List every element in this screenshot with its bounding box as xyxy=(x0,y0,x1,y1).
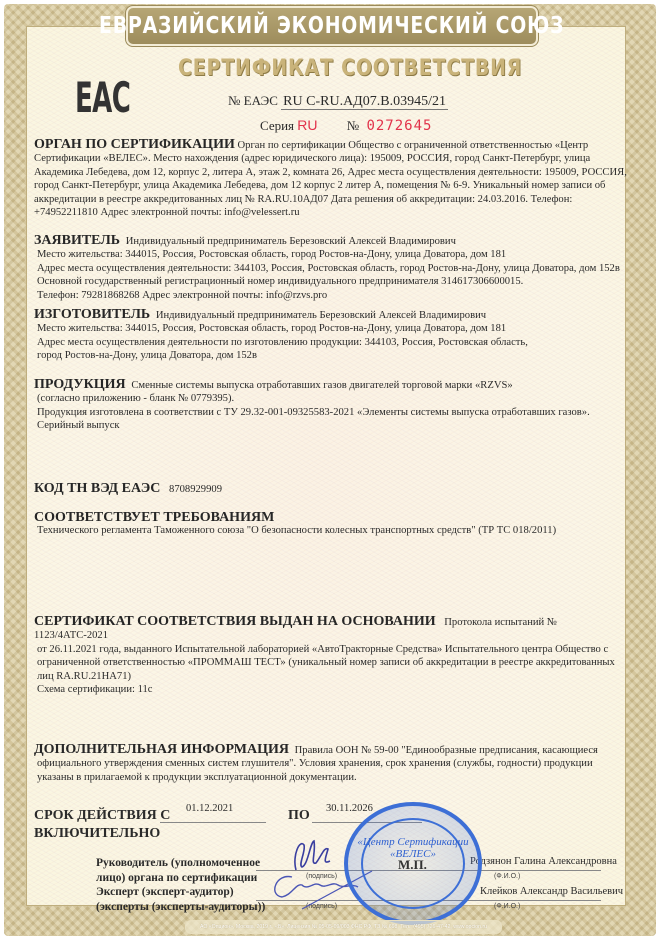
validity-from-label: СРОК ДЕЙСТВИЯ С xyxy=(34,808,170,824)
printer-footer: АО «Опцион», Москва, 2019 г., «Б», Лицен… xyxy=(185,920,502,934)
section-heading: СЕРТИФИКАТ СООТВЕТСТВИЯ ВЫДАН НА ОСНОВАН… xyxy=(34,614,436,629)
reg-number-value: RU С-RU.АД07.В.03945/21 xyxy=(281,94,448,110)
series-value: RU xyxy=(297,117,317,133)
section-certification-body: ОРГАН ПО СЕРТИФИКАЦИИ Орган по сертифика… xyxy=(34,138,630,219)
validity-to-date: 30.11.2026 xyxy=(326,803,373,814)
section-requirements: СООТВЕТСТВУЕТ ТРЕБОВАНИЯМ Технического р… xyxy=(34,511,630,538)
requirements-text: Технического регламента Таможенного союз… xyxy=(34,524,630,537)
eac-logo-icon: ЕАС xyxy=(75,75,125,120)
certificate-title: СЕРТИФИКАТ СООТВЕТСТВИЯ xyxy=(150,56,512,81)
additional-line: указаны в прилагаемой к продукции эксплу… xyxy=(34,771,630,784)
product-name: Сменные системы выпуска отработавших газ… xyxy=(131,380,512,391)
union-title: ЕВРАЗИЙСКИЙ ЭКОНОМИЧЕСКИЙ СОЮЗ xyxy=(99,13,564,39)
name-caption: (Ф.И.О.) xyxy=(494,903,520,910)
manufacturer-line: Место жительства: 344015, Россия, Ростов… xyxy=(34,322,630,335)
validity-inclusive: ВКЛЮЧИТЕЛЬНО xyxy=(34,826,160,842)
applicant-line: Телефон: 79281868268 Адрес электронной п… xyxy=(34,289,630,302)
name-caption: (Ф.И.О.) xyxy=(494,873,520,880)
section-text: Орган по сертификации Общество с огранич… xyxy=(34,140,627,218)
applicant-line: Место жительства: 344015, Россия, Ростов… xyxy=(34,248,630,261)
section-heading: ДОПОЛНИТЕЛЬНАЯ ИНФОРМАЦИЯ xyxy=(34,742,289,757)
section-heading: ЗАЯВИТЕЛЬ xyxy=(34,233,120,248)
head-label-line: лицо) органа по сертификации xyxy=(96,871,260,886)
expert-label-line: Эксперт (эксперт-аудитор) xyxy=(96,885,265,900)
head-label-line: Руководитель (уполномоченное xyxy=(96,856,260,871)
section-product: ПРОДУКЦИЯ Сменные системы выпуска отрабо… xyxy=(34,378,630,433)
reg-label: № ЕАЭС xyxy=(228,93,278,108)
number-label: № xyxy=(347,118,359,133)
hs-code-value: 8708929909 xyxy=(169,484,222,495)
section-basis: СЕРТИФИКАТ СООТВЕТСТВИЯ ВЫДАН НА ОСНОВАН… xyxy=(34,615,630,696)
manufacturer-name: Индивидуальный предприниматель Березовск… xyxy=(156,310,486,321)
expert-signatory-name: Клейков Александр Васильевич xyxy=(480,886,623,897)
applicant-name: Индивидуальный предприниматель Березовск… xyxy=(126,236,456,247)
basis-line: ограниченной ответственностью «ПРОММАШ Т… xyxy=(34,656,630,669)
certificate-title-text: СЕРТИФИКАТ СООТВЕТСТВИЯ xyxy=(178,56,522,81)
additional-first-line: Правила ООН № 59-00 "Единообразные предп… xyxy=(295,745,598,756)
basis-line: Схема сертификации: 11с xyxy=(34,683,630,696)
union-banner: ЕВРАЗИЙСКИЙ ЭКОНОМИЧЕСКИЙ СОЮЗ xyxy=(126,6,538,46)
section-heading: ПРОДУКЦИЯ xyxy=(34,377,126,392)
seal-mark-label: М.П. xyxy=(398,857,427,873)
validity-from-date: 01.12.2021 xyxy=(186,803,233,814)
expert-label-line: (эксперты (эксперты-аудиторы)) xyxy=(96,900,265,915)
product-line: Продукция изготовлена в соответствии с Т… xyxy=(34,406,630,419)
from-date-line xyxy=(160,822,266,823)
validity-to-label: ПО xyxy=(288,808,310,824)
section-manufacturer: ИЗГОТОВИТЕЛЬ Индивидуальный предпринимат… xyxy=(34,308,630,363)
section-applicant: ЗАЯВИТЕЛЬ Индивидуальный предприниматель… xyxy=(34,234,630,302)
basis-line: лиц RA.RU.21НА71) xyxy=(34,670,630,683)
manufacturer-line: город Ростов-на-Дону, улица Доватора, до… xyxy=(34,349,630,362)
section-additional-info: ДОПОЛНИТЕЛЬНАЯ ИНФОРМАЦИЯ Правила ООН № … xyxy=(34,743,630,784)
registration-number: № ЕАЭС RU С-RU.АД07.В.03945/21 xyxy=(228,93,448,110)
additional-line: официального утверждения сменных систем … xyxy=(34,757,630,770)
section-hs-code: КОД ТН ВЭД ЕАЭС 8708929909 xyxy=(34,482,630,496)
section-heading: ОРГАН ПО СЕРТИФИКАЦИИ xyxy=(34,137,235,152)
applicant-line: Основной государственный регистрационный… xyxy=(34,275,630,288)
product-line: Серийный выпуск xyxy=(34,419,630,432)
head-signatory-label: Руководитель (уполномоченное лицо) орган… xyxy=(96,856,260,886)
expert-signatory-label: Эксперт (эксперт-аудитор) (эксперты (экс… xyxy=(96,885,265,915)
head-signatory-name: Родзянон Галина Александровна xyxy=(470,856,617,867)
eac-logo-text: ЕАС xyxy=(75,75,130,120)
manufacturer-line: Адрес места осуществления деятельности п… xyxy=(34,336,630,349)
basis-line: от 26.11.2021 года, выданного Испытатель… xyxy=(34,643,630,656)
series-number: Серия RU № 0272645 xyxy=(260,117,432,134)
section-heading: ИЗГОТОВИТЕЛЬ xyxy=(34,307,150,322)
applicant-line: Адрес места осуществления деятельности: … xyxy=(34,262,630,275)
blank-number-value: 0272645 xyxy=(366,118,432,134)
section-heading: КОД ТН ВЭД ЕАЭС xyxy=(34,481,160,496)
series-label: Серия xyxy=(260,118,294,133)
product-line: (согласно приложению - бланк № 0779395). xyxy=(34,392,630,405)
section-heading: СООТВЕТСТВУЕТ ТРЕБОВАНИЯМ xyxy=(34,511,630,524)
